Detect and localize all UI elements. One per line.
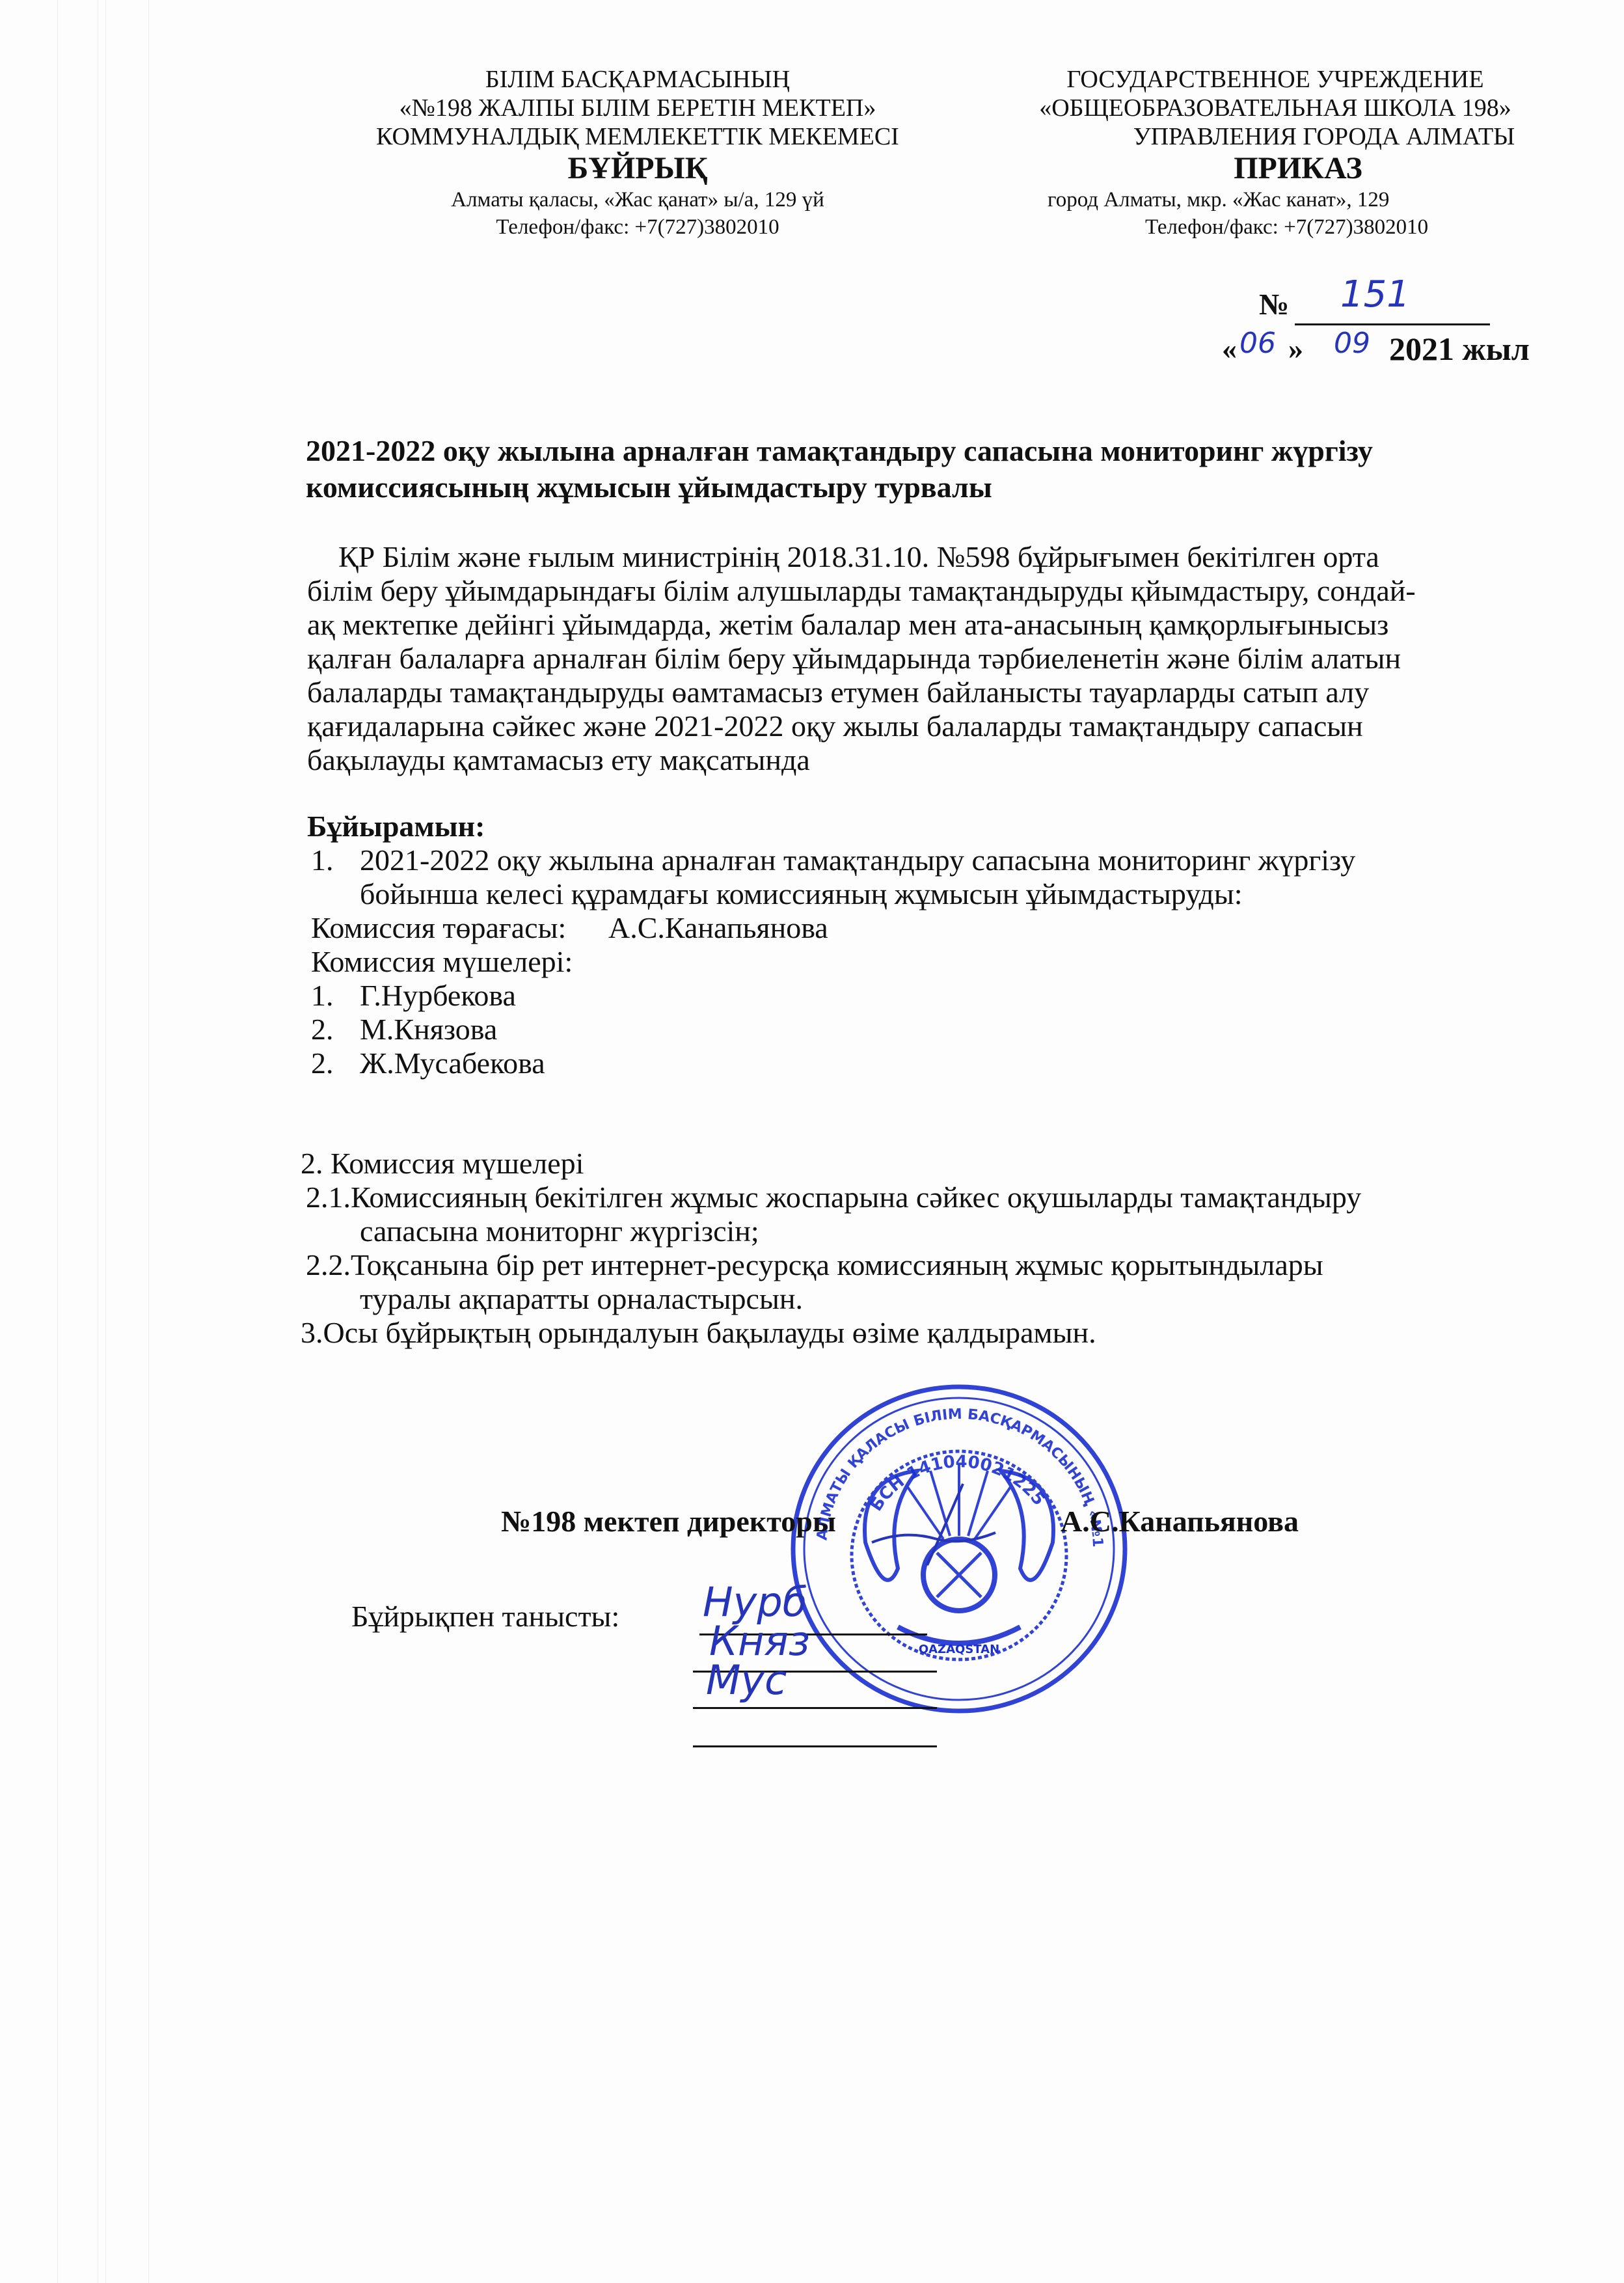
item2-heading: 2. Комиссия мүшелері xyxy=(301,1147,584,1181)
item2-2-line2: туралы ақпаратты орналастырсын. xyxy=(360,1282,803,1316)
header-ru-address: город Алматы, мкр. «Жас канат», 129 xyxy=(1015,186,1536,213)
member-number: 2. xyxy=(311,1046,334,1080)
preamble-line: ҚР Білім және ғылым министрінің 2018.31.… xyxy=(338,540,1379,574)
order-number-value: 151 xyxy=(1340,273,1410,316)
header-kz-line1: БІЛІМ БАСҚАРМАСЫНЫҢ xyxy=(329,65,947,94)
header-ru-doctype: ПРИКАЗ xyxy=(1015,151,1536,186)
director-position: №198 мектеп директоры xyxy=(501,1505,836,1538)
document-title-line2: комиссиясының жұмысын ұйымдастыру турвал… xyxy=(306,469,992,506)
item2-2-line1: 2.2.Тоқсанына бір рет интернет-ресурсқа … xyxy=(306,1248,1323,1282)
order-heading: Бұйырамын: xyxy=(307,810,485,843)
director-name: А.С.Канапьянова xyxy=(1061,1505,1299,1538)
document-page: БІЛІМ БАСҚАРМАСЫНЫҢ «№198 ЖАЛПЫ БІЛІМ БЕ… xyxy=(0,0,1624,2283)
item1-number: 1. xyxy=(311,843,334,877)
header-ru-line3: УПРАВЛЕНИЯ ГОРОДА АЛМАТЫ xyxy=(1015,122,1536,151)
signature-line xyxy=(693,1745,937,1747)
scan-artifact xyxy=(105,0,106,2283)
date-year: 2021 жыл xyxy=(1389,331,1530,367)
order-number-label: № xyxy=(1259,286,1289,323)
preamble-line: бақылауды қамтамасыз ету мақсатында xyxy=(307,743,810,777)
header-kz: БІЛІМ БАСҚАРМАСЫНЫҢ «№198 ЖАЛПЫ БІЛІМ БЕ… xyxy=(329,65,947,241)
preamble-line: білім беру ұйымдарындағы білім алушылард… xyxy=(307,574,1416,608)
director-signature-icon xyxy=(865,1477,1015,1568)
member-name: Ж.Мусабекова xyxy=(360,1046,545,1080)
header-ru-line1: ГОСУДАРСТВЕННОЕ УЧРЕЖДЕНИЕ xyxy=(1015,65,1536,94)
preamble-line: ақ мектепке дейінгі ұйымдарда, жетім бал… xyxy=(307,608,1388,642)
scan-artifact xyxy=(148,0,149,2283)
preamble-line: қағидаларына сәйкес және 2021-2022 оқу ж… xyxy=(307,709,1363,743)
document-title-line1: 2021-2022 оқу жылына арналған тамақтанды… xyxy=(306,433,1373,469)
member-number: 1. xyxy=(311,979,334,1013)
date-open-quote: « xyxy=(1222,331,1237,367)
header-ru-line2: «ОБЩЕОБРАЗОВАТЕЛЬНАЯ ШКОЛА 198» xyxy=(1015,94,1536,122)
date-day: 06 xyxy=(1239,327,1276,360)
item3: 3.Осы бұйрықтың орындалуын бақылауды өзі… xyxy=(301,1316,1096,1350)
item2-1-line1: 2.1.Комиссияның бекітілген жұмыс жоспары… xyxy=(306,1181,1361,1214)
preamble-line: балаларды тамақтандыруды өамтамасыз етум… xyxy=(307,676,1369,709)
header-kz-address: Алматы қаласы, «Жас қанат» ы/а, 129 үй xyxy=(329,186,947,213)
header-kz-doctype: БҰЙРЫҚ xyxy=(329,151,947,186)
acknowledgement-signature-3: Мус xyxy=(706,1656,787,1704)
item1-line2: бойынша келесі құрамдағы комиссияның жұм… xyxy=(360,877,1243,911)
commission-chair-name: А.С.Канапьянова xyxy=(608,911,828,945)
scan-artifact xyxy=(98,0,98,2283)
date-month: 09 xyxy=(1334,327,1370,360)
order-number-underline xyxy=(1295,323,1490,325)
member-number: 2. xyxy=(311,1013,334,1046)
commission-members-label: Комиссия мүшелері: xyxy=(311,945,573,979)
header-ru-phone: Телефон/факс: +7(727)3802010 xyxy=(1015,213,1536,241)
acknowledgement-label: Бұйрықпен танысты: xyxy=(351,1600,619,1634)
signature-line xyxy=(693,1707,937,1709)
member-name: Г.Нурбекова xyxy=(360,979,516,1013)
commission-chair-label: Комиссия төрағасы: xyxy=(311,911,566,945)
header-kz-phone: Телефон/факс: +7(727)3802010 xyxy=(329,213,947,241)
preamble-line: қалған балаларға арналған білім беру ұйы… xyxy=(307,642,1401,676)
item1-line1: 2021-2022 оқу жылына арналған тамақтанды… xyxy=(360,843,1355,877)
header-kz-line3: КОММУНАЛДЫҚ МЕМЛЕКЕТТІК МЕКЕМЕСІ xyxy=(329,122,947,151)
header-ru: ГОСУДАРСТВЕННОЕ УЧРЕЖДЕНИЕ «ОБЩЕОБРАЗОВА… xyxy=(1015,65,1536,241)
date-close-quote: » xyxy=(1288,331,1303,367)
stamp-emblem-text: QAZAQSTAN xyxy=(919,1643,999,1656)
header-kz-line2: «№198 ЖАЛПЫ БІЛІМ БЕРЕТІН МЕКТЕП» xyxy=(329,94,947,122)
item2-1-line2: сапасына мониторнг жүргізсін; xyxy=(360,1214,759,1248)
member-name: М.Князова xyxy=(360,1013,497,1046)
scan-artifact xyxy=(57,0,58,2283)
